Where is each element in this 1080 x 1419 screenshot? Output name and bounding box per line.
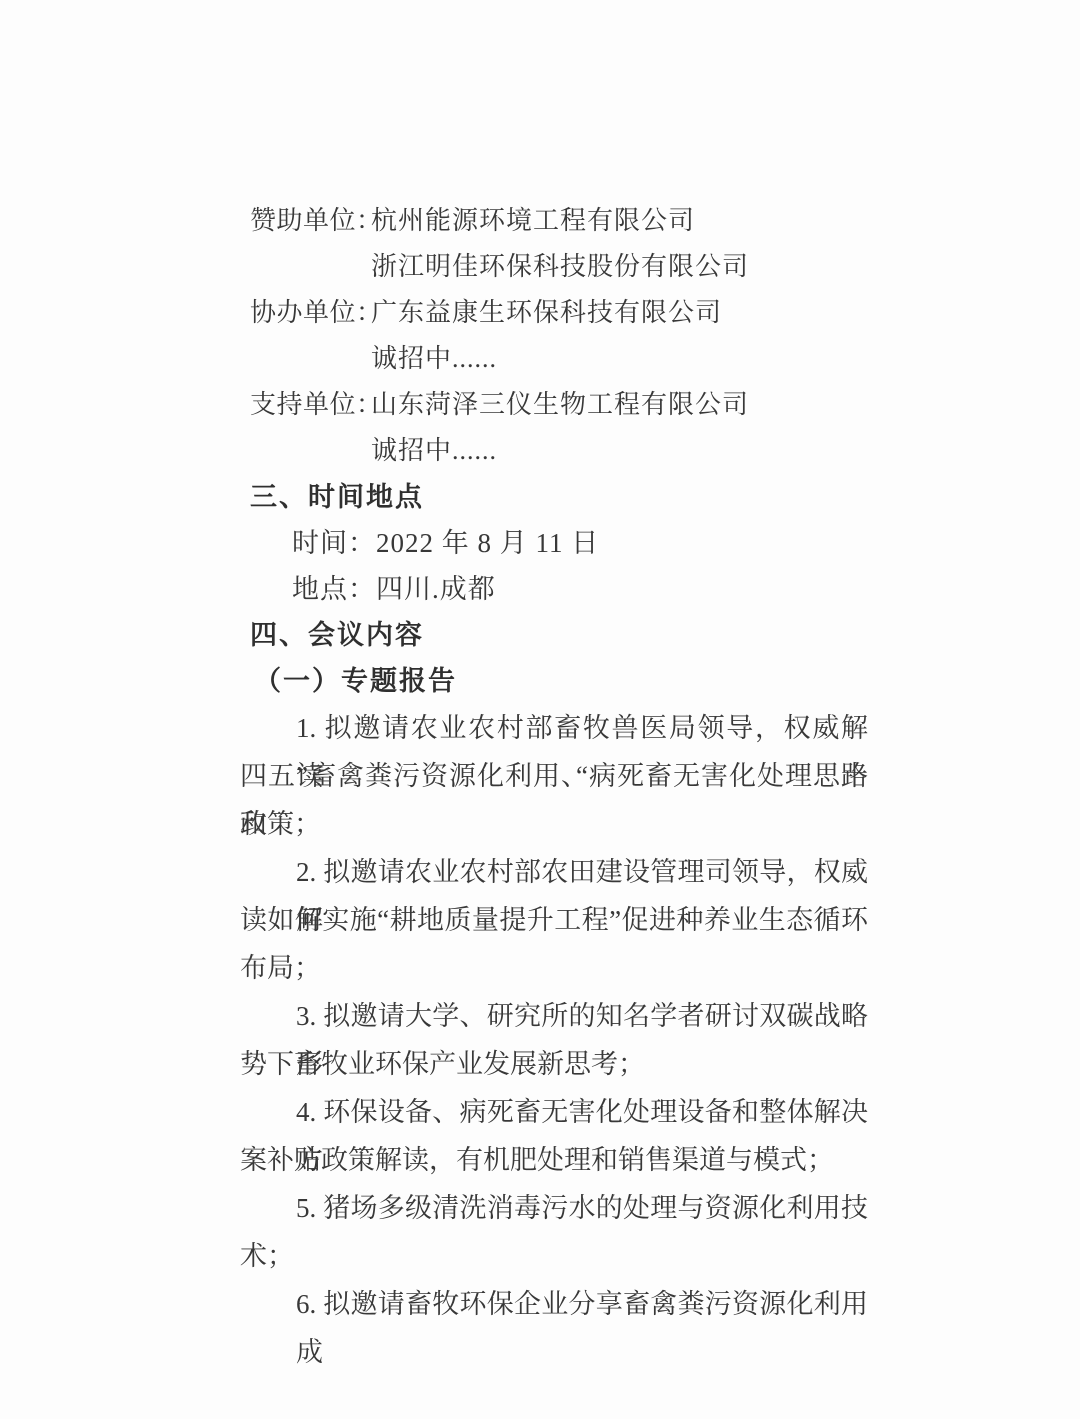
meeting-time-line: 时间：2022 年 8 月 11 日 (240, 520, 868, 566)
organizer-value: 广东益康生环保科技有限公司 (371, 290, 722, 336)
report-line: 布局； (240, 944, 868, 992)
report-line: 势下畜牧业环保产业发展新思考； (240, 1040, 868, 1088)
organizer-label (250, 336, 371, 382)
report-line: 5. 猪场多级清洗消毒污水的处理与资源化利用技 (240, 1184, 868, 1232)
report-line: 读如何实施“耕地质量提升工程”促进种养业生态循环 (240, 896, 868, 944)
report-line: 政策； (240, 800, 868, 848)
report-line: 四五”畜禽粪污资源化利用、病死畜无害化处理思路和 (240, 752, 868, 800)
report-line: 1. 拟邀请农业农村部畜牧兽医局领导，权威解读“十 (240, 704, 868, 752)
organizer-row: 协办单位： 广东益康生环保科技有限公司 (240, 290, 868, 336)
document-content: 赞助单位： 杭州能源环境工程有限公司 浙江明佳环保科技股份有限公司 协办单位： … (240, 198, 868, 1328)
meeting-location-line: 地点：四川.成都 (240, 566, 868, 612)
organizer-label (250, 428, 371, 474)
section-heading-time-place: 三、时间地点 (240, 474, 868, 520)
organizer-row: 赞助单位： 杭州能源环境工程有限公司 (240, 198, 868, 244)
organizer-value: 诚招中...... (371, 428, 497, 474)
organizer-label: 赞助单位： (250, 198, 371, 244)
organizer-value: 杭州能源环境工程有限公司 (371, 198, 695, 244)
organizer-label: 支持单位： (250, 382, 371, 428)
organizer-row: 支持单位： 山东菏泽三仪生物工程有限公司 (240, 382, 868, 428)
report-line: 4. 环保设备、病死畜无害化处理设备和整体解决方 (240, 1088, 868, 1136)
report-line: 6. 拟邀请畜牧环保企业分享畜禽粪污资源化利用成 (240, 1280, 868, 1328)
organizer-value: 山东菏泽三仪生物工程有限公司 (371, 382, 749, 428)
report-line: 术； (240, 1232, 868, 1280)
document-page: 赞助单位： 杭州能源环境工程有限公司 浙江明佳环保科技股份有限公司 协办单位： … (0, 0, 1080, 1419)
organizer-block: 赞助单位： 杭州能源环境工程有限公司 浙江明佳环保科技股份有限公司 协办单位： … (240, 198, 868, 474)
organizer-value: 浙江明佳环保科技股份有限公司 (371, 244, 749, 290)
report-line: 案补贴政策解读，有机肥处理和销售渠道与模式； (240, 1136, 868, 1184)
organizer-label: 协办单位： (250, 290, 371, 336)
subsection-heading-reports: （一）专题报告 (240, 658, 868, 704)
report-line: 2. 拟邀请农业农村部农田建设管理司领导，权威解 (240, 848, 868, 896)
organizer-value: 诚招中...... (371, 336, 497, 382)
organizer-row: 诚招中...... (240, 336, 868, 382)
report-paragraphs: 1. 拟邀请农业农村部畜牧兽医局领导，权威解读“十 四五”畜禽粪污资源化利用、病… (240, 704, 868, 1328)
organizer-row: 浙江明佳环保科技股份有限公司 (240, 244, 868, 290)
organizer-label (250, 244, 371, 290)
organizer-row: 诚招中...... (240, 428, 868, 474)
report-line: 3. 拟邀请大学、研究所的知名学者研讨双碳战略形 (240, 992, 868, 1040)
section-heading-agenda: 四、会议内容 (240, 612, 868, 658)
